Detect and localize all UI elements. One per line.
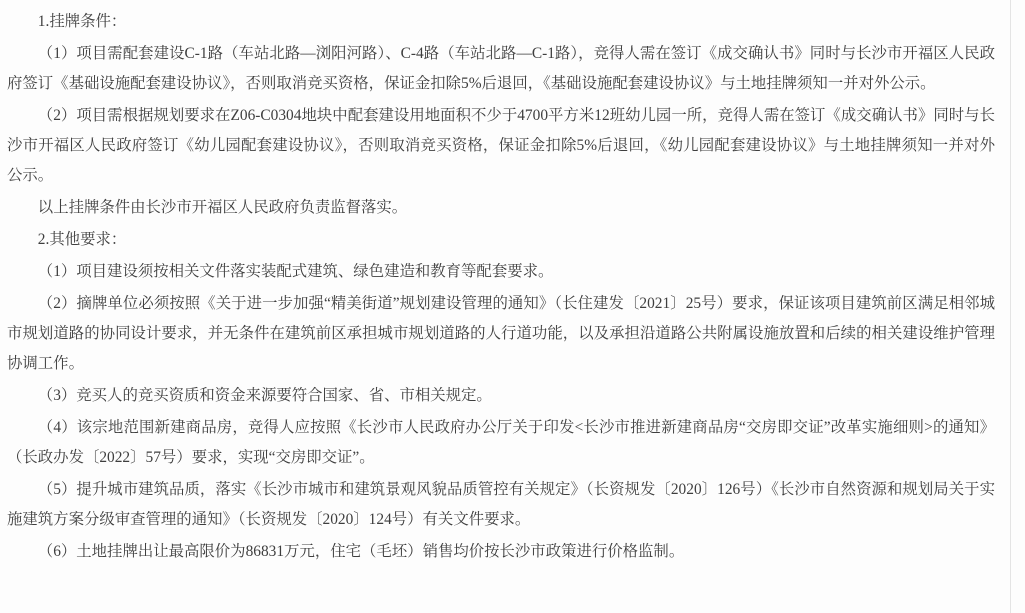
document-body: 1.挂牌条件： （1）项目需配套建设C-1路（车站北路—浏阳河路）、C-4路（车… [0, 0, 1011, 567]
other-requirement-1: （1）项目建设须按相关文件落实装配式建筑、绿色建造和教育等配套要求。 [7, 257, 995, 287]
section-heading-other-requirements: 2.其他要求： [7, 225, 995, 255]
listing-condition-2: （2）项目需根据规划要求在Z06-C0304地块中配套建设用地面积不少于4700… [7, 101, 995, 191]
other-requirement-5: （5）提升城市建筑品质，落实《长沙市城市和建筑景观风貌品质管控有关规定》（长资规… [7, 475, 995, 535]
listing-condition-1: （1）项目需配套建设C-1路（车站北路—浏阳河路）、C-4路（车站北路—C-1路… [7, 39, 995, 99]
right-border-line [1010, 0, 1011, 613]
listing-conditions-supervision-note: 以上挂牌条件由长沙市开福区人民政府负责监督落实。 [7, 193, 995, 223]
other-requirement-4: （4）该宗地范围新建商品房，竞得人应按照《长沙市人民政府办公厅关于印发<长沙市推… [7, 413, 995, 473]
document-page: 1.挂牌条件： （1）项目需配套建设C-1路（车站北路—浏阳河路）、C-4路（车… [0, 0, 1025, 613]
other-requirement-3: （3）竞买人的竞买资质和资金来源要符合国家、省、市相关规定。 [7, 381, 995, 411]
section-heading-listing-conditions: 1.挂牌条件： [7, 7, 995, 37]
other-requirement-2: （2）摘牌单位必须按照《关于进一步加强“精美街道”规划建设管理的通知》（长住建发… [7, 289, 995, 379]
other-requirement-6: （6）土地挂牌出让最高限价为86831万元，住宅（毛坯）销售均价按长沙市政策进行… [7, 537, 995, 567]
